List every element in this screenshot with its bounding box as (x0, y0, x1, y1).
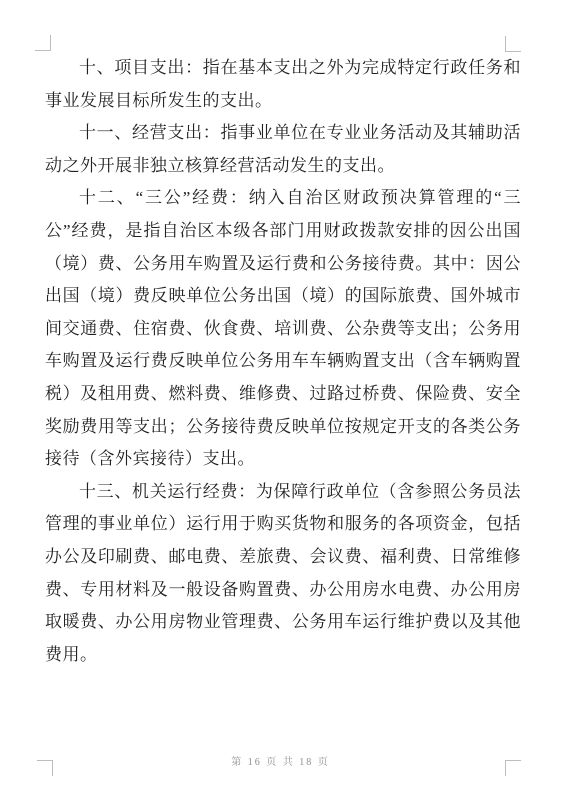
paragraph-operating-expenditure: 十一、经营支出：指事业单位在专业业务活动及其辅助活动之外开展非独立核算经营活动发… (45, 117, 521, 182)
text-boundary-mark-top-left (35, 35, 51, 51)
text-boundary-mark-top-right (505, 36, 521, 52)
document-page: 十、项目支出：指在基本支出之外为完成特定行政任务和事业发展目标所发生的支出。 十… (0, 0, 561, 804)
document-body: 十、项目支出：指在基本支出之外为完成特定行政任务和事业发展目标所发生的支出。 十… (45, 52, 521, 671)
paragraph-agency-operating-funds: 十三、机关运行经费：为保障行政单位（含参照公务员法管理的事业单位）运行用于购买货… (45, 476, 521, 672)
paragraph-three-public-funds: 十二、“三公”经费：纳入自治区财政预决算管理的“三公”经费，是指自治区本级各部门… (45, 182, 521, 475)
page-number-text: 第 16 页 共 18 页 (231, 757, 330, 768)
paragraph-project-expenditure: 十、项目支出：指在基本支出之外为完成特定行政任务和事业发展目标所发生的支出。 (45, 52, 521, 117)
page-footer: 第 16 页 共 18 页 (0, 753, 561, 768)
